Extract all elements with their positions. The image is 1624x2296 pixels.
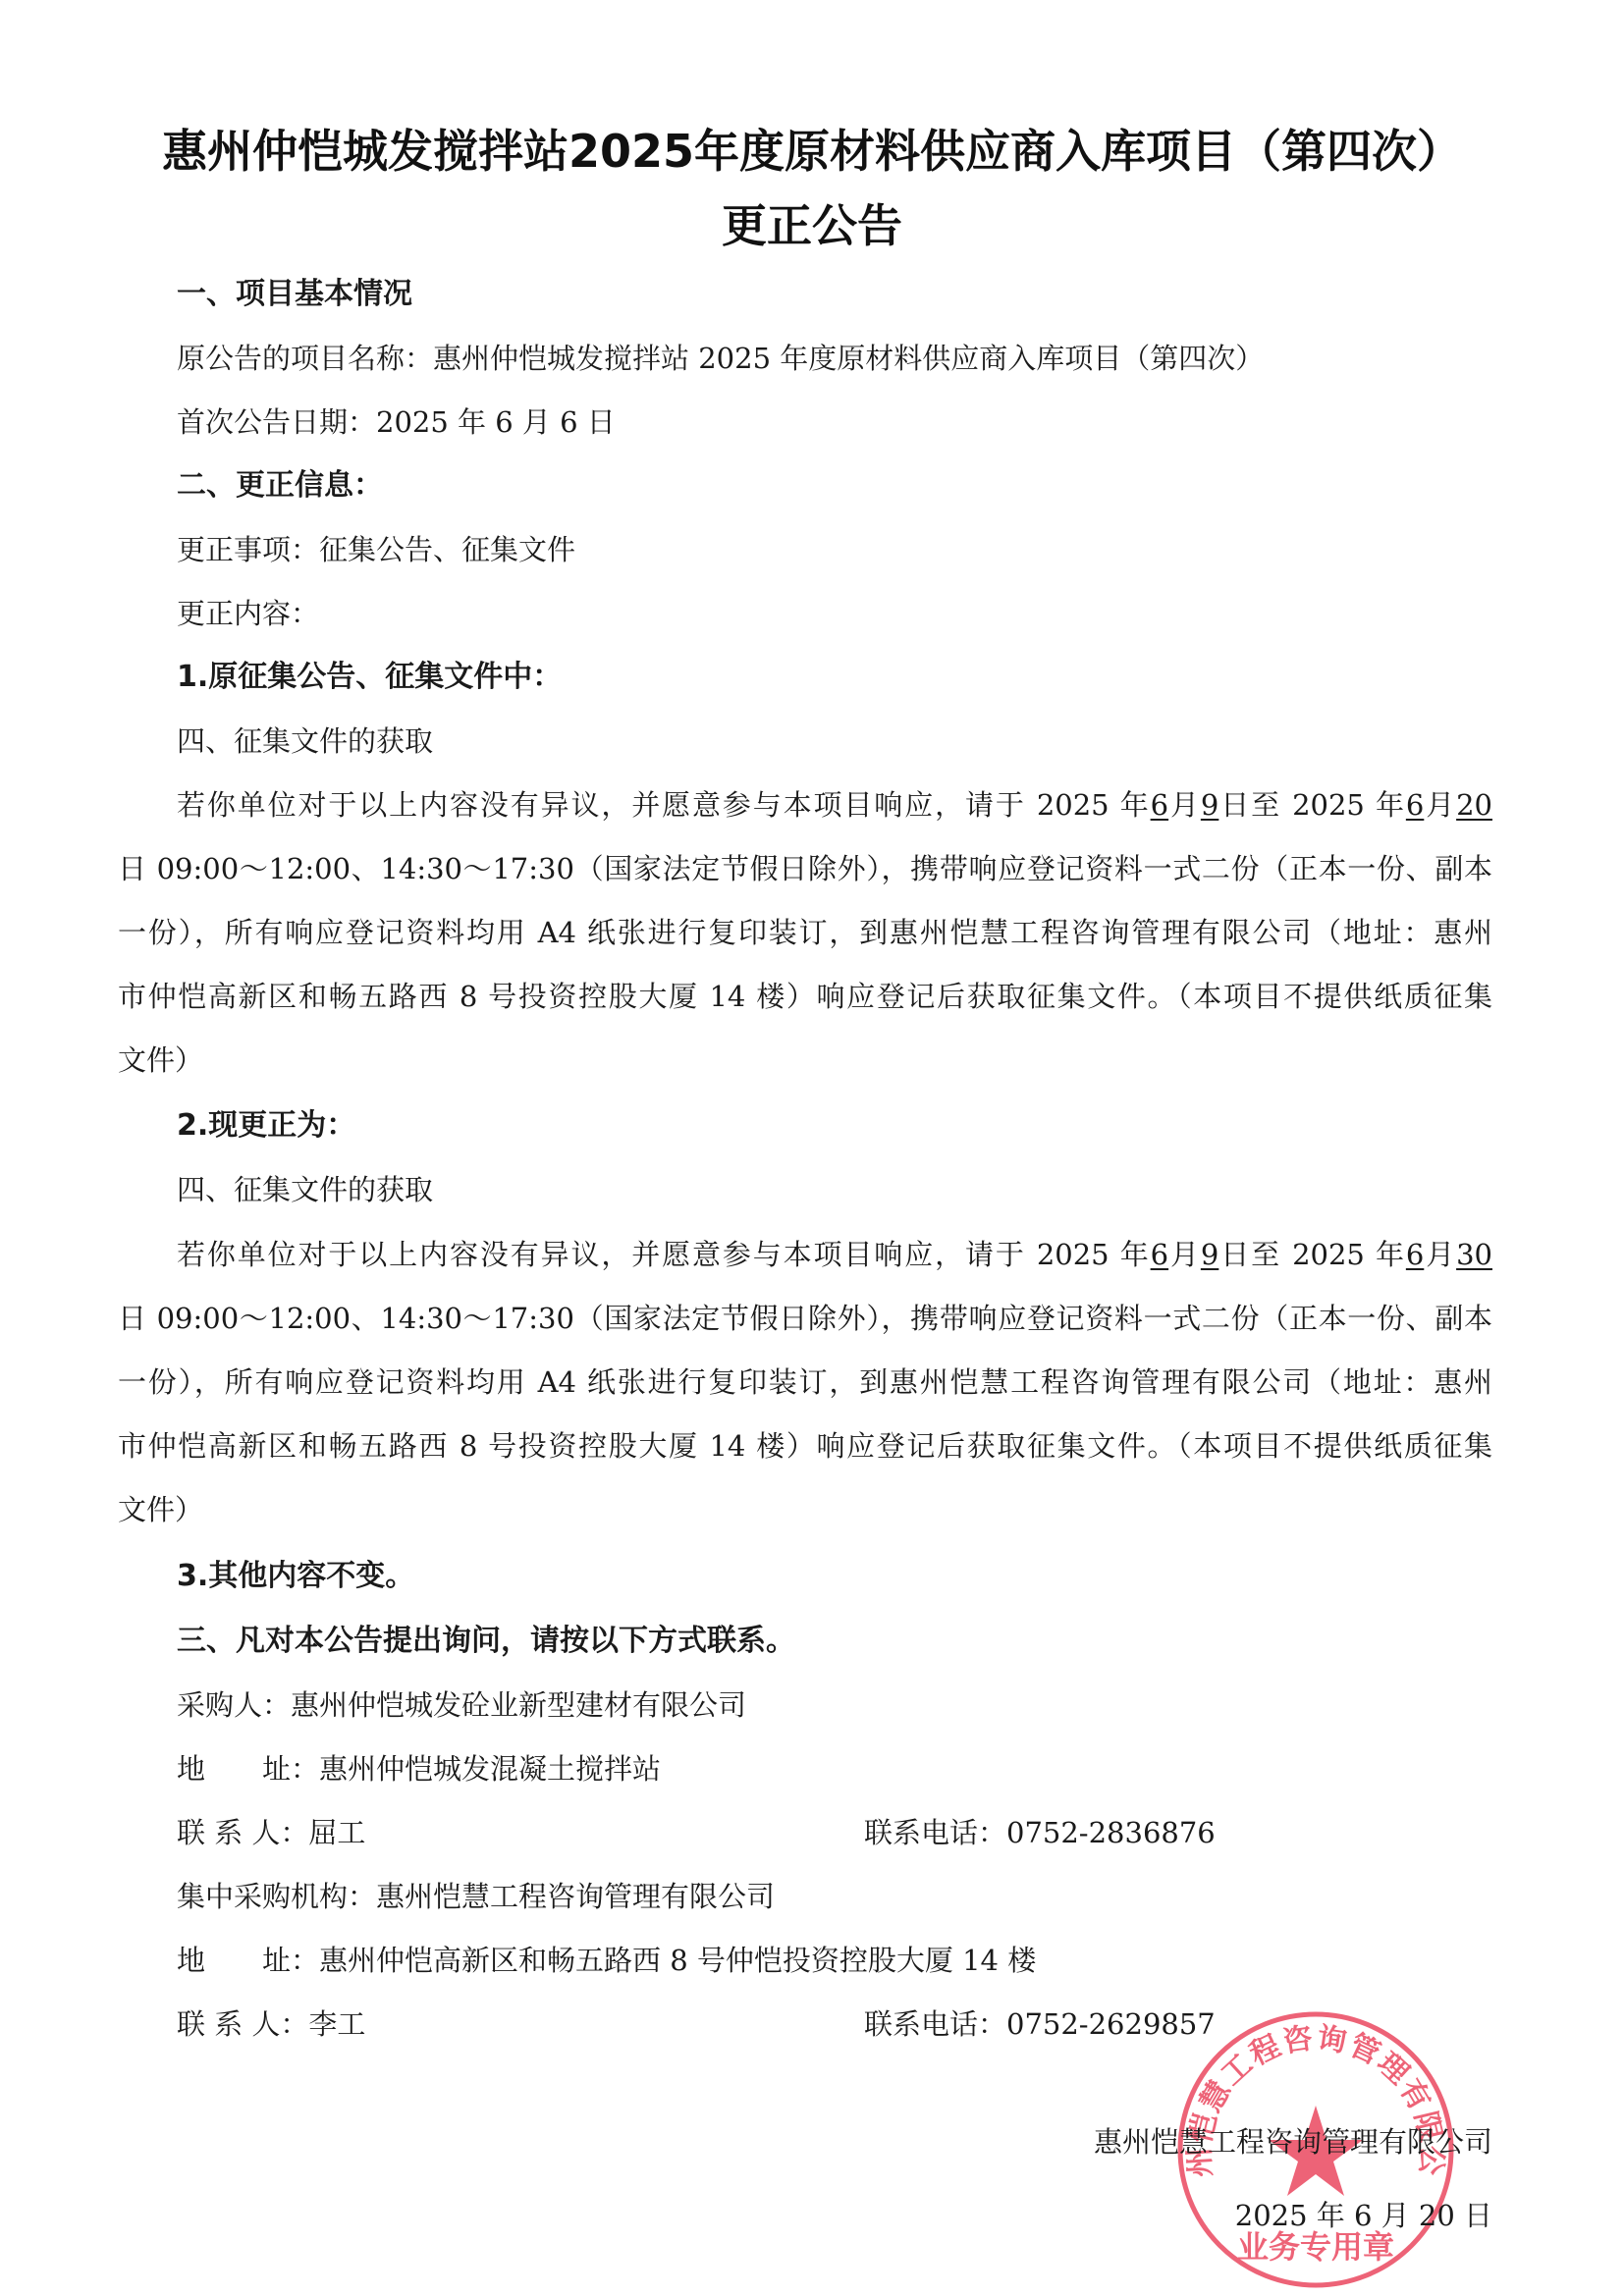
agency-phone: 联系电话：0752-2629857 <box>864 2004 1216 2044</box>
corrected-paragraph-line3: 一份），所有响应登记资料均用 A4 纸张进行复印装订，到惠州恺慧工程咨询管理有限… <box>118 1362 1492 1402</box>
section1-heading: 一、项目基本情况 <box>177 275 1492 314</box>
correction-items: 更正事项：征集公告、征集文件 <box>177 530 1492 569</box>
section2-heading: 二、更正信息： <box>177 466 1492 506</box>
other-unchanged: 3.其他内容不变。 <box>177 1557 1492 1596</box>
document-title-line2: 更正公告 <box>0 190 1624 255</box>
corrected-paragraph-line5: 文件） <box>118 1490 1492 1529</box>
original-heading: 1.原征集公告、征集文件中： <box>177 658 1492 697</box>
corrected-paragraph-line4: 市仲恺高新区和畅五路西 8 号投资控股大厦 14 楼）响应登记后获取征集文件。（… <box>118 1426 1492 1466</box>
original-project-name: 原公告的项目名称：惠州仲恺城发搅拌站 2025 年度原材料供应商入库项目（第四次… <box>177 339 1492 378</box>
purchaser-address: 地 址：惠州仲恺城发混凝土搅拌站 <box>177 1749 1492 1789</box>
corrected-paragraph-line1: 若你单位对于以上内容没有异议，并愿意参与本项目响应，请于 2025 年6月9日至… <box>177 1235 1492 1274</box>
original-paragraph-line3: 一份），所有响应登记资料均用 A4 纸张进行复印装订，到惠州恺慧工程咨询管理有限… <box>118 913 1492 952</box>
purchaser-contact-row: 联 系 人：屈工 联系电话：0752-2836876 <box>177 1813 1492 1852</box>
agency-contact: 联 系 人：李工 <box>177 2007 365 2041</box>
original-paragraph-line5: 文件） <box>118 1041 1492 1080</box>
agency-address: 地 址：惠州仲恺高新区和畅五路西 8 号仲恺投资控股大厦 14 楼 <box>177 1941 1492 1980</box>
original-subheading: 四、征集文件的获取 <box>177 721 1492 761</box>
signature-company: 惠州恺慧工程咨询管理有限公司 <box>1094 2120 1492 2161</box>
purchaser: 采购人：惠州仲恺城发砼业新型建材有限公司 <box>177 1685 1492 1725</box>
corrected-paragraph-line2: 日 09:00～12:00、14:30～17:30（国家法定节假日除外），携带响… <box>118 1299 1492 1338</box>
purchaser-phone: 联系电话：0752-2836876 <box>864 1813 1216 1852</box>
original-paragraph-line1: 若你单位对于以上内容没有异议，并愿意参与本项目响应，请于 2025 年6月9日至… <box>177 785 1492 825</box>
original-paragraph-line2: 日 09:00～12:00、14:30～17:30（国家法定节假日除外），携带响… <box>118 849 1492 888</box>
purchaser-contact: 联 系 人：屈工 <box>177 1816 365 1849</box>
first-announcement-date: 首次公告日期：2025 年 6 月 6 日 <box>177 402 1492 442</box>
agency: 集中采购机构：惠州恺慧工程咨询管理有限公司 <box>177 1877 1492 1916</box>
correction-content-label: 更正内容： <box>177 594 1492 633</box>
corrected-subheading: 四、征集文件的获取 <box>177 1170 1492 1209</box>
signature-date: 2025 年 6 月 20 日 <box>1235 2194 1492 2234</box>
corrected-heading: 2.现更正为： <box>177 1106 1492 1146</box>
original-paragraph-line4: 市仲恺高新区和畅五路西 8 号投资控股大厦 14 楼）响应登记后获取征集文件。（… <box>118 977 1492 1016</box>
document-title-line1: 惠州仲恺城发搅拌站2025年度原材料供应商入库项目（第四次） <box>0 116 1624 181</box>
section3-heading: 三、凡对本公告提出询问，请按以下方式联系。 <box>177 1622 1492 1661</box>
